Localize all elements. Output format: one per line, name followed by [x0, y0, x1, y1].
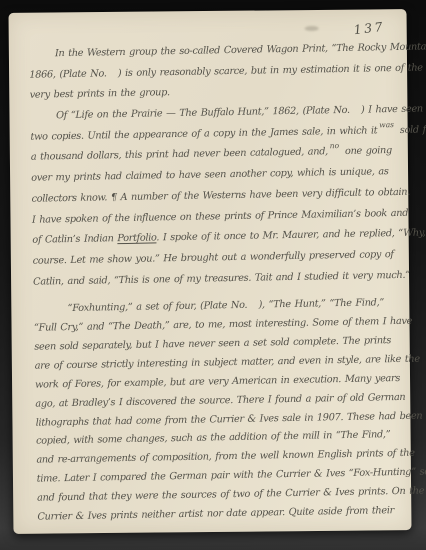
underlined-title: Portfolio	[117, 233, 156, 245]
manuscript-text-block: In the Western group the so-called Cover…	[29, 42, 420, 531]
manuscript-page: 137 In the Western group the so-called C…	[9, 9, 412, 534]
line-text: very best prints in the group.	[30, 88, 170, 102]
line-text: “Foxhunting,” a set of four, (Plate No. …	[68, 298, 385, 315]
line-text: sold for	[396, 124, 426, 136]
line-text: In the Western group the so-called Cover…	[55, 41, 426, 59]
inserted-word: no	[330, 141, 340, 150]
photograph-backdrop: 137 In the Western group the so-called C…	[0, 0, 426, 550]
paper-smudge	[305, 26, 319, 31]
inserted-word: was	[379, 120, 394, 129]
page-number: 137	[353, 19, 386, 37]
line-text: of Catlin’s Indian	[32, 233, 117, 246]
line-text: one going	[341, 146, 392, 158]
